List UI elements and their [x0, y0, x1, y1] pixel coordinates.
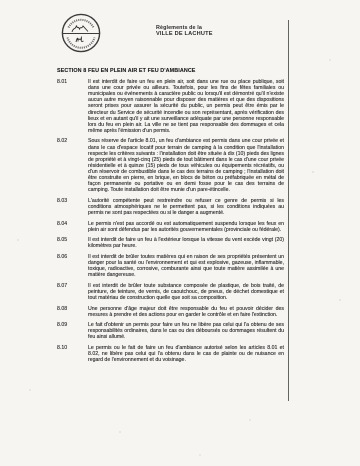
article-number: 8.07	[57, 283, 88, 301]
article-text: Sous réserve de l'article 8.01, un feu d…	[88, 138, 284, 193]
letterhead: Règlements de la Ville de Lachute	[156, 25, 213, 37]
article-row: 8.04 Le permis n'est pas accordé ou est …	[57, 221, 284, 233]
article-number: 8.08	[57, 306, 88, 318]
article-number: 8.10	[57, 345, 88, 363]
section-title: FEU EN PLEIN AIR ET FEU D'AMBIANCE	[88, 68, 196, 74]
article-row: 8.05 Il est interdit de faire un feu à l…	[57, 237, 284, 249]
article-text: Il est interdit de faire un feu en plein…	[88, 79, 284, 134]
article-text: L'autorité compétente peut restreindre o…	[88, 198, 284, 216]
article-text: Le fait d'obtenir un permis pour faire u…	[88, 322, 284, 340]
scanned-document-page: Règlements de la Ville de Lachute SECTIO…	[0, 0, 360, 466]
article-number: 8.03	[57, 198, 88, 216]
article-row: 8.01 Il est interdit de faire un feu en …	[57, 79, 284, 134]
city-seal-icon	[60, 12, 102, 54]
article-row: 8.08 Une personne d'âge majeur doit être…	[57, 306, 284, 318]
article-row: 8.02 Sous réserve de l'article 8.01, un …	[57, 138, 284, 193]
article-row: 8.09 Le fait d'obtenir un permis pour fa…	[57, 322, 284, 340]
article-text: Il est interdit de faire un feu à l'exté…	[88, 237, 284, 249]
page-edge-scan-line	[288, 20, 289, 401]
article-row: 8.06 Il est interdit de brûler toutes ma…	[57, 254, 284, 278]
article-row: 8.07 Il est interdit de brûler toute sub…	[57, 283, 284, 301]
article-text: Il est interdit de brûler toute substanc…	[88, 283, 284, 301]
article-text: Le permis n'est pas accordé ou est autom…	[88, 221, 284, 233]
section-number: SECTION 8	[57, 68, 88, 74]
article-text: Le permis ou le fait de faire un feu d'a…	[88, 345, 284, 363]
letterhead-line2: Ville de Lachute	[156, 31, 213, 37]
article-number: 8.09	[57, 322, 88, 340]
article-number: 8.04	[57, 221, 88, 233]
article-row: 8.10 Le permis ou le fait de faire un fe…	[57, 345, 284, 363]
article-row: 8.03 L'autorité compétente peut restrein…	[57, 198, 284, 216]
document-body: SECTION 8 FEU EN PLEIN AIR ET FEU D'AMBI…	[57, 68, 284, 368]
article-number: 8.05	[57, 237, 88, 249]
section-heading: SECTION 8 FEU EN PLEIN AIR ET FEU D'AMBI…	[57, 68, 284, 74]
article-text: Une personne d'âge majeur doit être resp…	[88, 306, 284, 318]
article-number: 8.06	[57, 254, 88, 278]
article-number: 8.01	[57, 79, 88, 134]
article-text: Il est interdit de brûler toutes matière…	[88, 254, 284, 278]
article-number: 8.02	[57, 138, 88, 193]
